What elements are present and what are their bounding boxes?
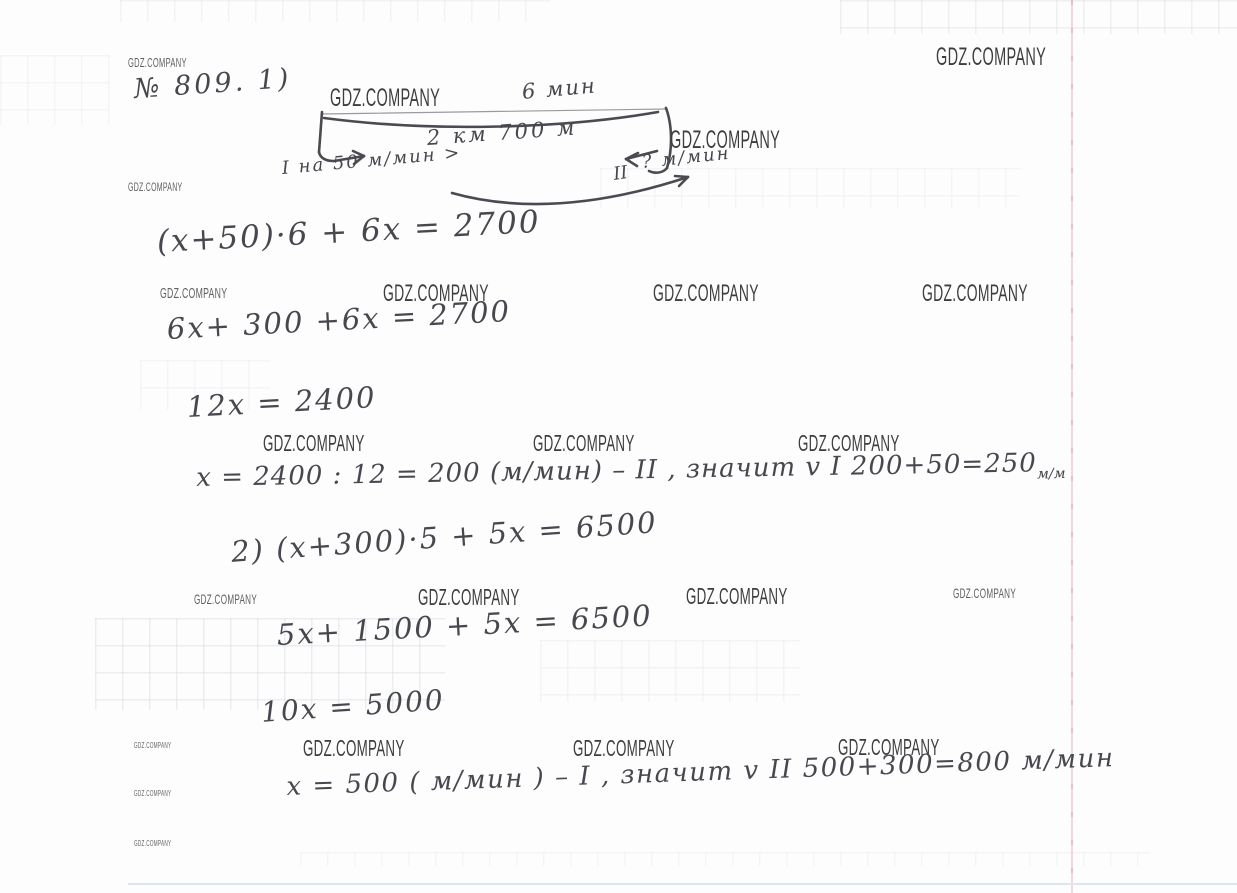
diagram-walker1-label-text: I на 50 м/мин > [281,142,462,179]
scanned-notebook-page: GDZ.COMPANYGDZ.COMPANYGDZ.COMPANYGDZ.COM… [0,0,1237,893]
equation-1-3-text: 12x = 2400 [186,380,377,424]
bracket-left-stroke [319,112,322,152]
gdz-watermark: GDZ.COMPANY [160,285,227,302]
grid-patch [540,640,800,702]
equation-1-1-text: (x+50)·6 + 6x = 2700 [156,204,541,260]
equation-1-3: 12x = 2400 [186,380,377,424]
gdz-watermark: GDZ.COMPANY [533,430,635,457]
gdz-watermark: GDZ.COMPANY [263,430,365,457]
grid-patch [0,55,110,125]
gdz-watermark: GDZ.COMPANY [134,741,171,750]
grid-patch [600,168,1020,208]
meeting-arrow [452,177,688,204]
grid-patch [840,0,1237,34]
equation-2-1-text: 2) (x+300)·5 + 5x = 6500 [230,505,659,569]
diagram-walker1-label: I на 50 м/мин > [281,142,462,179]
diagram-walker2-numeral: II [612,162,629,185]
gdz-watermark: GDZ.COMPANY [134,839,171,848]
gdz-watermark: GDZ.COMPANY [922,280,1028,308]
equation-2-4: x = 500 ( м/мин ) – I , значит v II 500+… [286,743,1115,802]
gdz-watermark: GDZ.COMPANY [134,789,171,798]
gdz-watermark: GDZ.COMPANY [953,585,1016,601]
gdz-watermark: GDZ.COMPANY [686,583,788,610]
diagram-walker2-numeral-text: II [612,162,629,185]
gdz-watermark: GDZ.COMPANY [330,84,440,113]
gdz-watermark: GDZ.COMPANY [128,180,182,194]
grid-patch [120,0,550,22]
grid-patch [300,852,1150,866]
diagram-walker2-speed-label-text: ? м/мин [641,143,731,173]
gdz-watermark: GDZ.COMPANY [936,43,1046,72]
diagram-time-label: 6 мин [521,73,598,103]
equation-2-3-text: 10x = 5000 [260,683,446,729]
gdz-watermark: GDZ.COMPANY [128,55,187,70]
gdz-watermark: GDZ.COMPANY [303,735,405,762]
equation-2-1: 2) (x+300)·5 + 5x = 6500 [230,505,659,569]
equation-2-3: 10x = 5000 [260,683,446,729]
equation-1-4-subscript: м/м [1037,466,1066,482]
page-bottom-rule [128,883,1237,885]
gdz-watermark: GDZ.COMPANY [653,280,759,308]
diagram-time-label-text: 6 мин [521,73,598,103]
diagram-walker2-speed-label: ? м/мин [641,143,731,173]
gdz-watermark: GDZ.COMPANY [194,591,257,607]
equation-2-4-text: x = 500 ( м/мин ) – I , значит v II 500+… [286,743,1115,802]
equation-1-1: (x+50)·6 + 6x = 2700 [156,204,541,260]
